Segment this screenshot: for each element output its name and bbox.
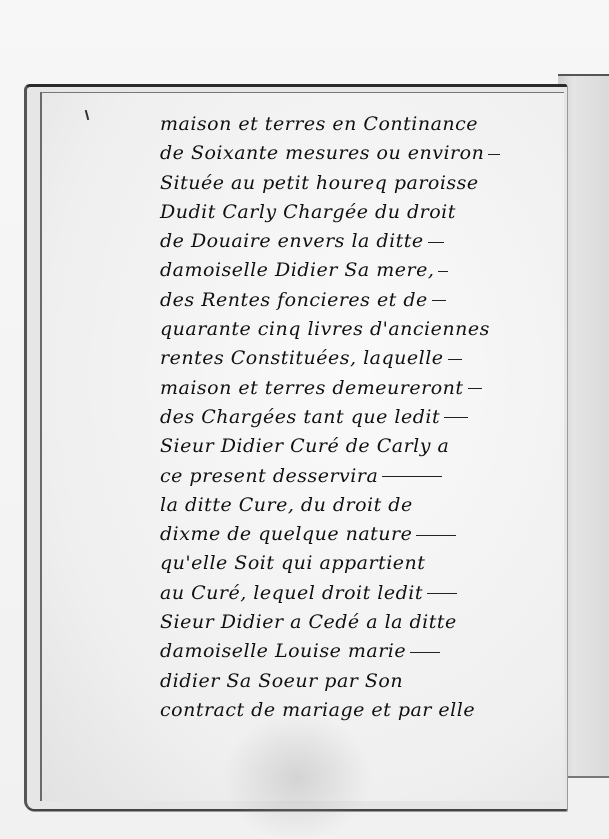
line-filler-dash: [468, 388, 482, 389]
handwritten-text-block: maison et terres en Continance de Soixan…: [160, 110, 575, 725]
text-line: dixme de quelque nature: [160, 520, 575, 549]
line-text: des Chargées tant que ledit: [160, 406, 440, 428]
line-text: Sieur Didier a Cedé a la ditte: [160, 611, 457, 633]
text-line: Située au petit houreq paroisse: [160, 169, 575, 198]
line-text: maison et terres demeureront: [160, 377, 464, 399]
line-text: de Soixante mesures ou environ: [160, 142, 484, 164]
line-text: contract de mariage et par elle: [160, 699, 475, 721]
line-filler-dash: [416, 535, 456, 536]
line-filler-dash: [438, 271, 448, 272]
line-filler-dash: [428, 242, 444, 243]
line-text: au Curé, lequel droit ledit: [160, 582, 423, 604]
line-text: des Rentes foncieres et de: [160, 289, 428, 311]
text-line: rentes Constituées, laquelle: [160, 344, 575, 373]
line-filler-dash: [444, 417, 468, 418]
line-filler-dash: [448, 359, 462, 360]
line-text: quarante cinq livres d'anciennes: [160, 318, 490, 340]
line-text: didier Sa Soeur par Son: [160, 670, 403, 692]
text-line: maison et terres demeureront: [160, 374, 575, 403]
text-line: des Rentes foncieres et de: [160, 286, 575, 315]
text-line: Sieur Didier Curé de Carly a: [160, 432, 575, 461]
text-line: ce present desservira: [160, 462, 575, 491]
line-text: Située au petit houreq paroisse: [160, 172, 479, 194]
text-line: des Chargées tant que ledit: [160, 403, 575, 432]
line-text: ce present desservira: [160, 465, 378, 487]
text-line: damoiselle Didier Sa mere,: [160, 256, 575, 285]
paper-stain: [222, 713, 372, 839]
text-line: Sieur Didier a Cedé a la ditte: [160, 608, 575, 637]
text-line: Dudit Carly Chargée du droit: [160, 198, 575, 227]
text-line: didier Sa Soeur par Son: [160, 667, 575, 696]
line-text: damoiselle Didier Sa mere,: [160, 259, 434, 281]
line-filler-dash: [427, 593, 457, 594]
text-line: au Curé, lequel droit ledit: [160, 579, 575, 608]
text-line: qu'elle Soit qui appartient: [160, 549, 575, 578]
line-filler-dash: [488, 154, 500, 155]
text-line: quarante cinq livres d'anciennes: [160, 315, 575, 344]
line-text: damoiselle Louise marie: [160, 640, 406, 662]
line-text: la ditte Cure, du droit de: [160, 494, 413, 516]
text-line: la ditte Cure, du droit de: [160, 491, 575, 520]
line-text: rentes Constituées, laquelle: [160, 347, 444, 369]
text-line: de Douaire envers la ditte: [160, 227, 575, 256]
line-filler-dash: [382, 476, 442, 477]
text-line: de Soixante mesures ou environ: [160, 139, 575, 168]
line-text: qu'elle Soit qui appartient: [160, 552, 425, 574]
line-text: maison et terres en Continance: [160, 113, 478, 135]
scanned-page-background: maison et terres en Continance de Soixan…: [0, 0, 609, 839]
line-text: dixme de quelque nature: [160, 523, 412, 545]
text-line: contract de mariage et par elle: [160, 696, 575, 725]
line-filler-dash: [432, 300, 446, 301]
text-line: maison et terres en Continance: [160, 110, 575, 139]
line-filler-dash: [410, 652, 440, 653]
line-text: Sieur Didier Curé de Carly a: [160, 435, 449, 457]
line-text: de Douaire envers la ditte: [160, 230, 424, 252]
text-line: damoiselle Louise marie: [160, 637, 575, 666]
line-text: Dudit Carly Chargée du droit: [160, 201, 456, 223]
